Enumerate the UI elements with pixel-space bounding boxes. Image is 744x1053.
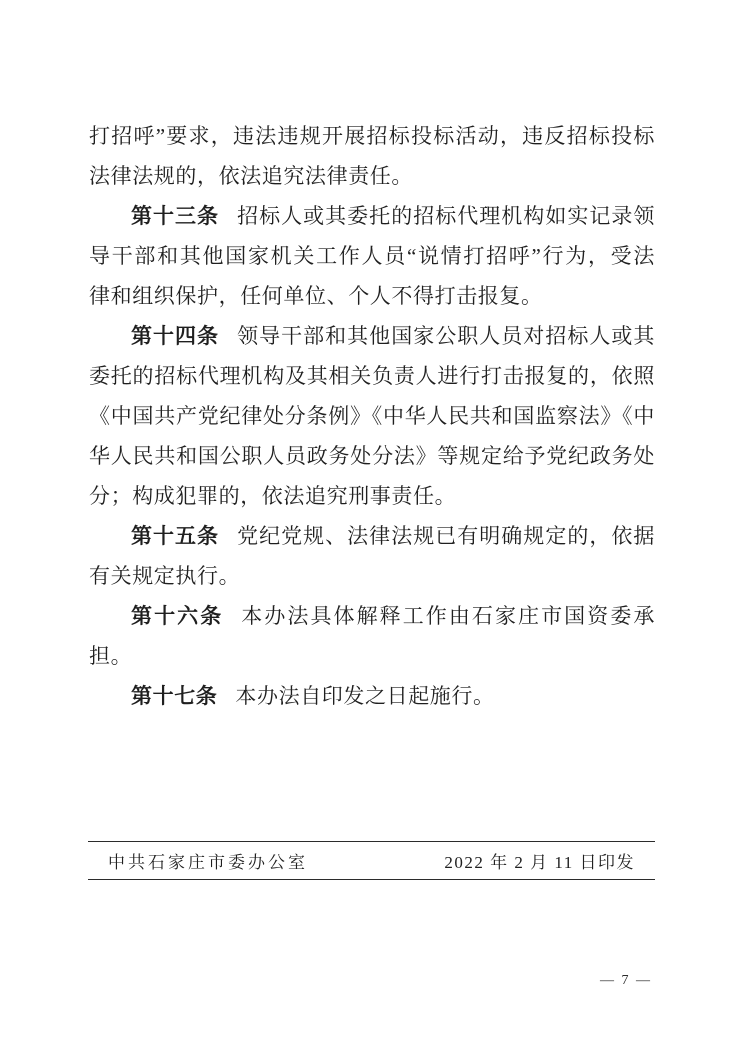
line-text: 委托的招标代理机构及其相关负责人进行打击报复的，依照 [89, 364, 655, 388]
document-body: 打招呼”要求，违法违规开展招标投标活动，违反招标投标 法律法规的，依法追究法律责… [89, 116, 655, 716]
line-text: 本办法具体解释工作由石家庄市国资委承 [241, 604, 655, 628]
line-text: 领导干部和其他国家公职人员对招标人或其 [237, 324, 655, 348]
document-line: 第十五条党纪党规、法律法规已有明确规定的，依据 [89, 516, 655, 556]
line-text: 《中国共产党纪律处分条例》《中华人民共和国监察法》《中 [89, 404, 655, 428]
article-number: 第十三条 [131, 205, 219, 228]
article-number: 第十六条 [131, 605, 223, 628]
line-text: 律和组织保护，任何单位、个人不得打击报复。 [89, 284, 543, 308]
issuing-office: 中共石家庄市委办公室 [108, 848, 308, 873]
document-line: 打招呼”要求，违法违规开展招标投标活动，违反招标投标 [89, 116, 655, 156]
line-text: 华人民共和国公职人员政务处分法》等规定给予党纪政务处 [89, 444, 655, 468]
document-line: 导干部和其他国家机关工作人员“说情打招呼”行为，受法 [89, 236, 655, 276]
print-footer: 中共石家庄市委办公室 2022 年 2 月 11 日印发 [88, 841, 655, 880]
article-number: 第十五条 [131, 525, 219, 548]
document-line: 委托的招标代理机构及其相关负责人进行打击报复的，依照 [89, 356, 655, 396]
line-text: 法律法规的，依法追究法律责任。 [89, 164, 413, 188]
document-page: 打招呼”要求，违法违规开展招标投标活动，违反招标投标 法律法规的，依法追究法律责… [0, 0, 744, 1053]
article-number: 第十七条 [131, 685, 217, 708]
document-line: 担。 [89, 636, 655, 676]
page-number: — 7 — [600, 972, 652, 990]
line-text: 导干部和其他国家机关工作人员“说情打招呼”行为，受法 [89, 244, 655, 268]
document-line: 有关规定执行。 [89, 556, 655, 596]
print-date: 2022 年 2 月 11 日印发 [444, 848, 635, 873]
line-text: 分；构成犯罪的，依法追究刑事责任。 [89, 484, 456, 508]
line-text: 打招呼”要求，违法违规开展招标投标活动，违反招标投标 [89, 124, 655, 148]
line-text: 有关规定执行。 [89, 564, 240, 588]
document-line: 第十六条本办法具体解释工作由石家庄市国资委承 [89, 596, 655, 636]
line-text: 担。 [89, 644, 132, 668]
line-text: 本办法自印发之日起施行。 [235, 684, 494, 708]
line-text: 党纪党规、法律法规已有明确规定的，依据 [237, 524, 655, 548]
document-line: 分；构成犯罪的，依法追究刑事责任。 [89, 476, 655, 516]
document-line: 第十七条本办法自印发之日起施行。 [89, 676, 655, 716]
document-line: 第十三条招标人或其委托的招标代理机构如实记录领 [89, 196, 655, 236]
article-number: 第十四条 [131, 325, 219, 348]
document-line: 律和组织保护，任何单位、个人不得打击报复。 [89, 276, 655, 316]
document-line: 第十四条领导干部和其他国家公职人员对招标人或其 [89, 316, 655, 356]
document-line: 法律法规的，依法追究法律责任。 [89, 156, 655, 196]
document-line: 《中国共产党纪律处分条例》《中华人民共和国监察法》《中 [89, 396, 655, 436]
document-line: 华人民共和国公职人员政务处分法》等规定给予党纪政务处 [89, 436, 655, 476]
line-text: 招标人或其委托的招标代理机构如实记录领 [237, 204, 655, 228]
